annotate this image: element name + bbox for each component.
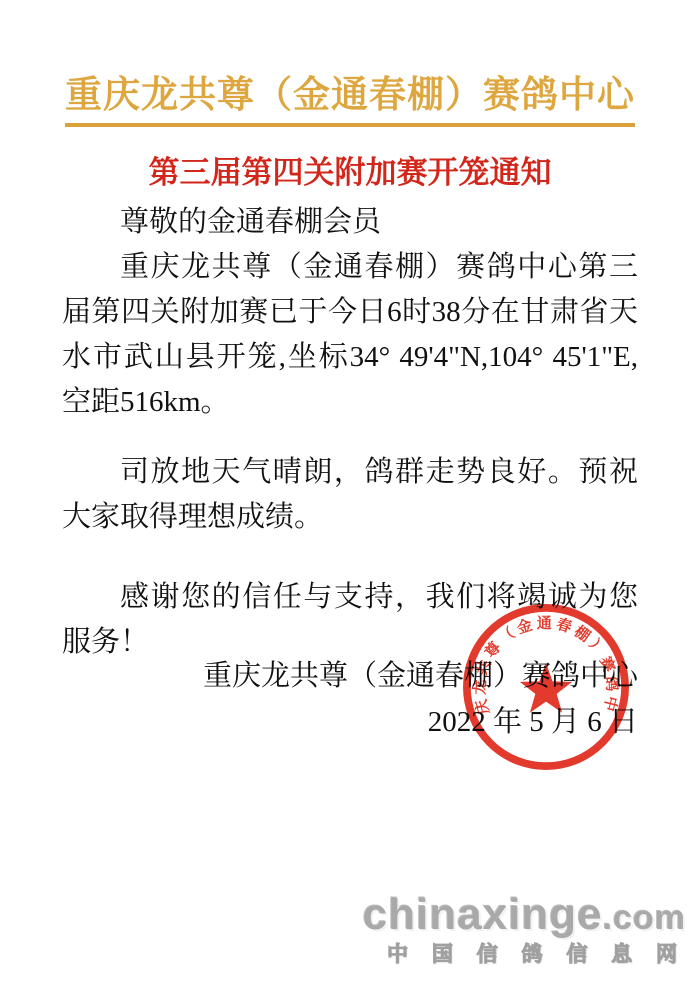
stamp-star-icon xyxy=(520,663,572,713)
notice-document: 重庆龙共尊（金通春棚）赛鸽中心 第三届第四关附加赛开笼通知 尊敬的金通春棚会员 … xyxy=(0,0,700,990)
watermark-site-name: chinaxinge xyxy=(363,890,603,939)
watermark-site-line: chinaxinge.com xyxy=(363,893,686,940)
notice-body: 尊敬的金通春棚会员 重庆龙共尊（金通春棚）赛鸽中心第三届第四关附加赛已于今日6时… xyxy=(62,200,638,665)
page-title: 重庆龙共尊（金通春棚）赛鸽中心 xyxy=(0,64,700,127)
watermark-chinese-name: 中 国 信 鸽 信 息 网 xyxy=(363,942,686,968)
paragraph-release-info: 重庆龙共尊（金通春棚）赛鸽中心第三届第四关附加赛已于今日6时38分在甘肃省天水市… xyxy=(62,245,638,425)
notice-subtitle: 第三届第四关附加赛开笼通知 xyxy=(0,147,700,192)
paragraph-weather: 司放地天气晴朗，鸽群走势良好。预祝大家取得理想成绩。 xyxy=(62,450,638,540)
page-title-text: 重庆龙共尊（金通春棚）赛鸽中心 xyxy=(65,64,635,127)
watermark: chinaxinge.com 中 国 信 鸽 信 息 网 xyxy=(363,893,686,968)
watermark-domain-suffix: .com xyxy=(603,899,686,937)
official-seal-stamp: 重庆龙共尊（金通春棚）赛鸽中心 xyxy=(460,601,632,773)
salutation-line: 尊敬的金通春棚会员 xyxy=(62,200,638,245)
